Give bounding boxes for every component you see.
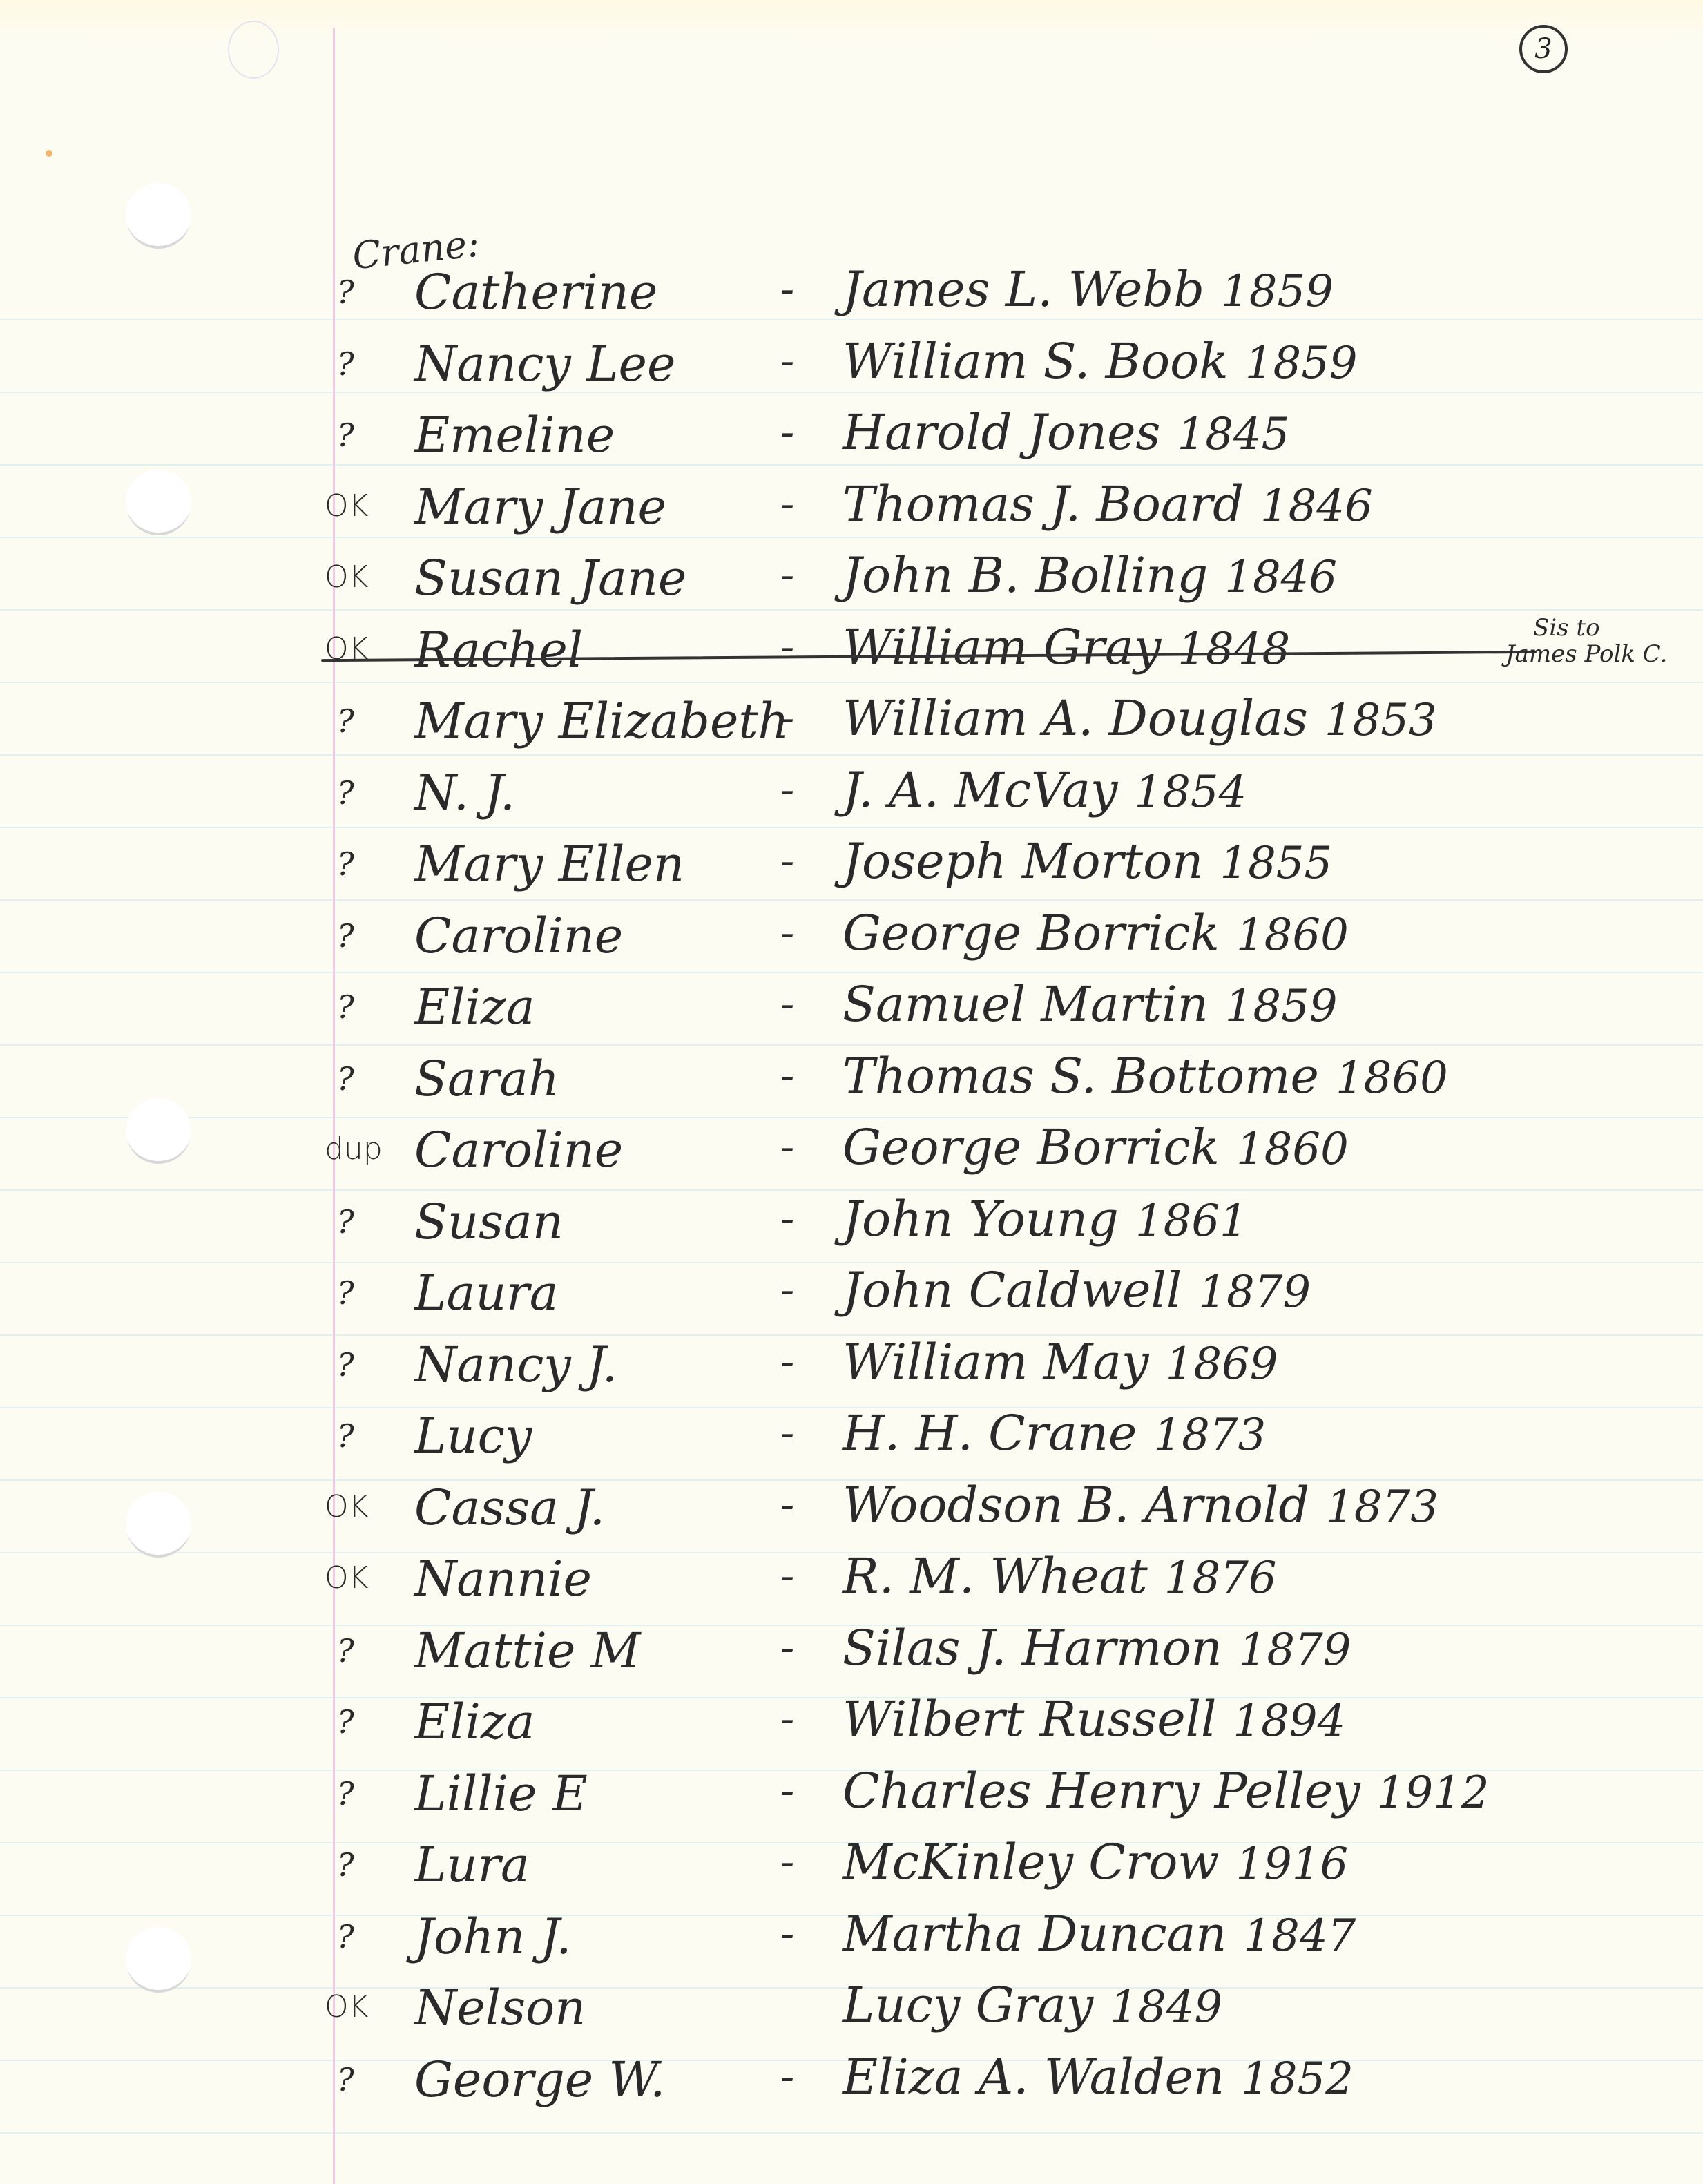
list-item: OKSusan Jane-John B. Bolling1846 — [0, 547, 1703, 620]
spouse-name: Eliza — [414, 1694, 535, 1750]
partner-name: William A. Douglas — [843, 690, 1308, 747]
separator-dash: - — [780, 766, 794, 814]
list-item: ?Mary Elizabeth-William A. Douglas1853 — [0, 690, 1703, 763]
marriage-year: 1855 — [1220, 838, 1332, 889]
separator-dash: - — [780, 1695, 794, 1743]
margin-mark: ? — [337, 1846, 354, 1884]
spouse-name: Cassa J. — [414, 1479, 605, 1536]
spouse-name: Susan — [414, 1194, 564, 1250]
marriage-year: 1879 — [1239, 1625, 1351, 1676]
separator-dash: - — [780, 623, 794, 671]
marriage-year: 1859 — [1245, 338, 1358, 389]
spouse-name: Mary Jane — [414, 479, 666, 535]
marriage-year: 1879 — [1198, 1267, 1311, 1318]
married-to: Harold Jones1845 — [843, 404, 1289, 461]
partner-name: Wilbert Russell — [843, 1691, 1216, 1747]
spouse-name: Rachel — [414, 622, 583, 678]
partner-name: William May — [843, 1334, 1149, 1390]
margin-mark: ? — [337, 2061, 354, 2098]
list-item: OKNannie-R. M. Wheat1876 — [0, 1548, 1703, 1620]
marriage-year: 1852 — [1241, 2053, 1354, 2105]
spouse-name: Laura — [414, 1265, 559, 1321]
margin-mark: ? — [337, 1060, 354, 1098]
margin-mark: ? — [337, 1274, 354, 1312]
partner-name: George Borrick — [843, 1119, 1220, 1176]
separator-dash: - — [780, 694, 794, 743]
spouse-name: Mary Elizabeth — [414, 693, 789, 749]
margin-mark: ? — [337, 1775, 354, 1812]
married-to: William A. Douglas1853 — [843, 690, 1437, 747]
married-to: Lucy Gray1849 — [843, 1977, 1222, 2033]
list-item: ?Caroline-George Borrick1860 — [0, 905, 1703, 977]
margin-mark: OK — [325, 1489, 369, 1524]
married-to: R. M. Wheat1876 — [843, 1548, 1277, 1605]
married-to: William S. Book1859 — [843, 333, 1358, 390]
spouse-name: Mattie M — [414, 1622, 640, 1679]
partner-name: William Gray — [843, 619, 1161, 676]
separator-dash: - — [780, 909, 794, 957]
partner-name: Thomas J. Board — [843, 476, 1244, 533]
separator-dash: - — [780, 1552, 794, 1600]
list-item: ?Emeline-Harold Jones1845 — [0, 404, 1703, 477]
marriage-year: 1873 — [1153, 1410, 1266, 1461]
married-to: Woodson B. Arnold1873 — [843, 1477, 1439, 1533]
separator-dash: - — [780, 1624, 794, 1672]
separator-dash: - — [780, 265, 794, 314]
separator-dash: - — [780, 837, 794, 885]
marriage-year: 1860 — [1336, 1053, 1448, 1104]
margin-annotation: Sis to James Polk C. — [1505, 615, 1667, 667]
married-to: James L. Webb1859 — [843, 261, 1334, 318]
margin-mark: ? — [337, 1703, 354, 1741]
partner-name: Charles Henry Pelley — [843, 1763, 1360, 1819]
married-to: John Caldwell1879 — [843, 1262, 1311, 1319]
list-item: ?Lucy-H. H. Crane1873 — [0, 1405, 1703, 1477]
partner-name: Thomas S. Bottome — [843, 1048, 1319, 1104]
partner-name: Samuel Martin — [843, 976, 1209, 1033]
list-item: ?Mary Ellen-Joseph Morton1855 — [0, 833, 1703, 906]
spouse-name: Lura — [414, 1837, 530, 1893]
partner-name: Silas J. Harmon — [843, 1620, 1222, 1676]
list-item: ?Eliza-Wilbert Russell1894 — [0, 1691, 1703, 1763]
margin-mark: ? — [337, 345, 354, 383]
marriage-year: 1894 — [1233, 1696, 1345, 1747]
married-to: J. A. McVay1854 — [843, 762, 1247, 818]
margin-mark: OK — [325, 631, 369, 667]
marriage-year: 1859 — [1221, 266, 1334, 317]
partner-name: Lucy Gray — [843, 1977, 1093, 2033]
margin-mark: ? — [337, 1417, 354, 1455]
list-item: ?Nancy J.-William May1869 — [0, 1334, 1703, 1406]
margin-mark: dup — [325, 1131, 383, 1167]
married-to: Thomas J. Board1846 — [843, 476, 1373, 533]
punch-hole-icon — [126, 183, 191, 249]
marriage-year: 1860 — [1236, 1124, 1349, 1175]
partner-name: Martha Duncan — [843, 1906, 1226, 1962]
spouse-name: Nancy Lee — [414, 336, 675, 392]
separator-dash: - — [780, 1481, 794, 1529]
margin-mark: ? — [337, 917, 354, 955]
spouse-name: N. J. — [414, 765, 515, 821]
married-to: William Gray1848 — [843, 619, 1290, 676]
list-item: OKNelsonLucy Gray1849 — [0, 1977, 1703, 2049]
separator-dash: - — [780, 1266, 794, 1314]
partner-name: Joseph Morton — [843, 833, 1203, 890]
separator-dash: - — [780, 1409, 794, 1457]
married-to: Charles Henry Pelley1912 — [843, 1763, 1490, 1819]
married-to: George Borrick1860 — [843, 905, 1349, 961]
partner-name: J. A. McVay — [843, 762, 1117, 818]
marriage-year: 1854 — [1134, 767, 1247, 818]
married-to: Wilbert Russell1894 — [843, 1691, 1345, 1747]
married-to: Thomas S. Bottome1860 — [843, 1048, 1448, 1104]
spouse-name: Sarah — [414, 1051, 559, 1107]
partner-name: George Borrick — [843, 905, 1220, 961]
margin-mark: ? — [337, 702, 354, 740]
partner-name: H. H. Crane — [843, 1405, 1137, 1462]
partner-name: John Caldwell — [843, 1262, 1182, 1319]
spouse-name: Nannie — [414, 1551, 592, 1607]
marriage-year: 1876 — [1164, 1553, 1277, 1604]
list-item: ?Eliza-Samuel Martin1859 — [0, 976, 1703, 1048]
marriage-year: 1847 — [1243, 1910, 1356, 1962]
marriage-year: 1869 — [1166, 1339, 1278, 1390]
married-to: Joseph Morton1855 — [843, 833, 1332, 890]
list-item: ?John J.-Martha Duncan1847 — [0, 1906, 1703, 1978]
marriage-year: 1853 — [1325, 695, 1437, 746]
separator-dash: - — [780, 337, 794, 385]
list-item: ?Nancy Lee-William S. Book1859 — [0, 333, 1703, 405]
married-to: Eliza A. Walden1852 — [843, 2049, 1354, 2105]
separator-dash: - — [780, 1767, 794, 1815]
spouse-name: Lillie E — [414, 1765, 588, 1822]
married-to: Silas J. Harmon1879 — [843, 1620, 1351, 1676]
separator-dash: - — [780, 1052, 794, 1100]
marriage-year: 1912 — [1377, 1768, 1490, 1819]
margin-mark: OK — [325, 559, 369, 595]
separator-dash: - — [780, 1338, 794, 1386]
marriage-year: 1860 — [1236, 910, 1349, 961]
list-item: ?Mattie M-Silas J. Harmon1879 — [0, 1620, 1703, 1692]
spouse-name: Mary Ellen — [414, 836, 684, 892]
rule-line — [0, 2132, 1703, 2134]
list-item: ?George W.-Eliza A. Walden1852 — [0, 2049, 1703, 2121]
margin-mark: OK — [325, 1989, 369, 2024]
separator-dash: - — [780, 1195, 794, 1243]
spouse-name: Emeline — [414, 407, 615, 463]
list-item: OKMary Jane-Thomas J. Board1846 — [0, 476, 1703, 548]
spouse-name: Catherine — [414, 264, 657, 320]
margin-mark: ? — [337, 416, 354, 454]
margin-mark: ? — [337, 774, 354, 812]
spouse-name: Nancy J. — [414, 1337, 617, 1393]
list-item: ?Susan-John Young1861 — [0, 1191, 1703, 1263]
spouse-name: George W. — [414, 2051, 665, 2108]
partner-name: John B. Bolling — [843, 547, 1208, 604]
married-to: Samuel Martin1859 — [843, 976, 1338, 1033]
list-item: OKRachel-William Gray1848 — [0, 619, 1703, 691]
married-to: Martha Duncan1847 — [843, 1906, 1356, 1962]
partner-name: John Young — [843, 1191, 1119, 1247]
separator-dash: - — [780, 551, 794, 600]
partner-name: R. M. Wheat — [843, 1548, 1148, 1605]
margin-mark: OK — [325, 488, 369, 524]
marriage-year: 1849 — [1110, 1982, 1222, 2033]
married-to: William May1869 — [843, 1334, 1278, 1390]
list-item: ?Lillie E-Charles Henry Pelley1912 — [0, 1763, 1703, 1835]
partner-name: William S. Book — [843, 333, 1229, 390]
partner-name: Eliza A. Walden — [843, 2049, 1224, 2105]
partner-name: Harold Jones — [843, 404, 1160, 461]
margin-mark: ? — [337, 274, 354, 311]
list-item: OKCassa J.-Woodson B. Arnold1873 — [0, 1477, 1703, 1549]
spouse-name: Caroline — [414, 908, 623, 964]
marriage-year: 1845 — [1177, 409, 1289, 460]
marriage-year: 1916 — [1235, 1839, 1348, 1890]
partner-name: James L. Webb — [843, 261, 1204, 318]
faint-circled-mark — [228, 21, 279, 79]
married-to: John B. Bolling1846 — [843, 547, 1337, 604]
married-to: George Borrick1860 — [843, 1119, 1349, 1176]
spouse-name: Caroline — [414, 1122, 623, 1178]
list-item: ?Sarah-Thomas S. Bottome1860 — [0, 1048, 1703, 1120]
marriage-year: 1848 — [1177, 624, 1290, 675]
married-to: McKinley Crow1916 — [843, 1834, 1348, 1890]
separator-dash: - — [780, 1123, 794, 1171]
margin-mark: OK — [325, 1560, 369, 1596]
margin-mark: ? — [337, 1632, 354, 1669]
separator-dash: - — [780, 980, 794, 1028]
separator-dash: - — [780, 1910, 794, 1958]
partner-name: McKinley Crow — [843, 1834, 1219, 1890]
list-item: ?Catherine-James L. Webb1859 — [0, 261, 1703, 334]
margin-mark: ? — [337, 1346, 354, 1383]
list-item: ?N. J.-J. A. McVay1854 — [0, 762, 1703, 834]
spouse-name: Eliza — [414, 979, 535, 1035]
spouse-name: John J. — [414, 1908, 572, 1965]
partner-name: Woodson B. Arnold — [843, 1477, 1309, 1533]
married-to: John Young1861 — [843, 1191, 1248, 1247]
page-number: 3 — [1519, 25, 1568, 73]
marriage-year: 1873 — [1326, 1482, 1439, 1533]
margin-mark: ? — [337, 1918, 354, 1955]
list-item: ?Lura-McKinley Crow1916 — [0, 1834, 1703, 1906]
separator-dash: - — [780, 2053, 794, 2101]
paper-stain — [46, 150, 52, 157]
margin-mark: ? — [337, 1203, 354, 1241]
margin-mark: ? — [337, 845, 354, 883]
separator-dash: - — [780, 1838, 794, 1886]
marriage-year: 1846 — [1260, 481, 1373, 532]
spouse-name: Susan Jane — [414, 550, 686, 606]
separator-dash: - — [780, 408, 794, 457]
margin-mark: ? — [337, 988, 354, 1026]
spouse-name: Lucy — [414, 1408, 532, 1464]
list-item: dupCaroline-George Borrick1860 — [0, 1119, 1703, 1191]
separator-dash: - — [780, 480, 794, 528]
marriage-year: 1859 — [1225, 981, 1338, 1032]
list-item: ?Laura-John Caldwell1879 — [0, 1262, 1703, 1334]
marriage-year: 1861 — [1135, 1196, 1248, 1247]
spouse-name: Nelson — [414, 1980, 586, 2036]
marriage-year: 1846 — [1224, 552, 1337, 603]
married-to: H. H. Crane1873 — [843, 1405, 1266, 1462]
